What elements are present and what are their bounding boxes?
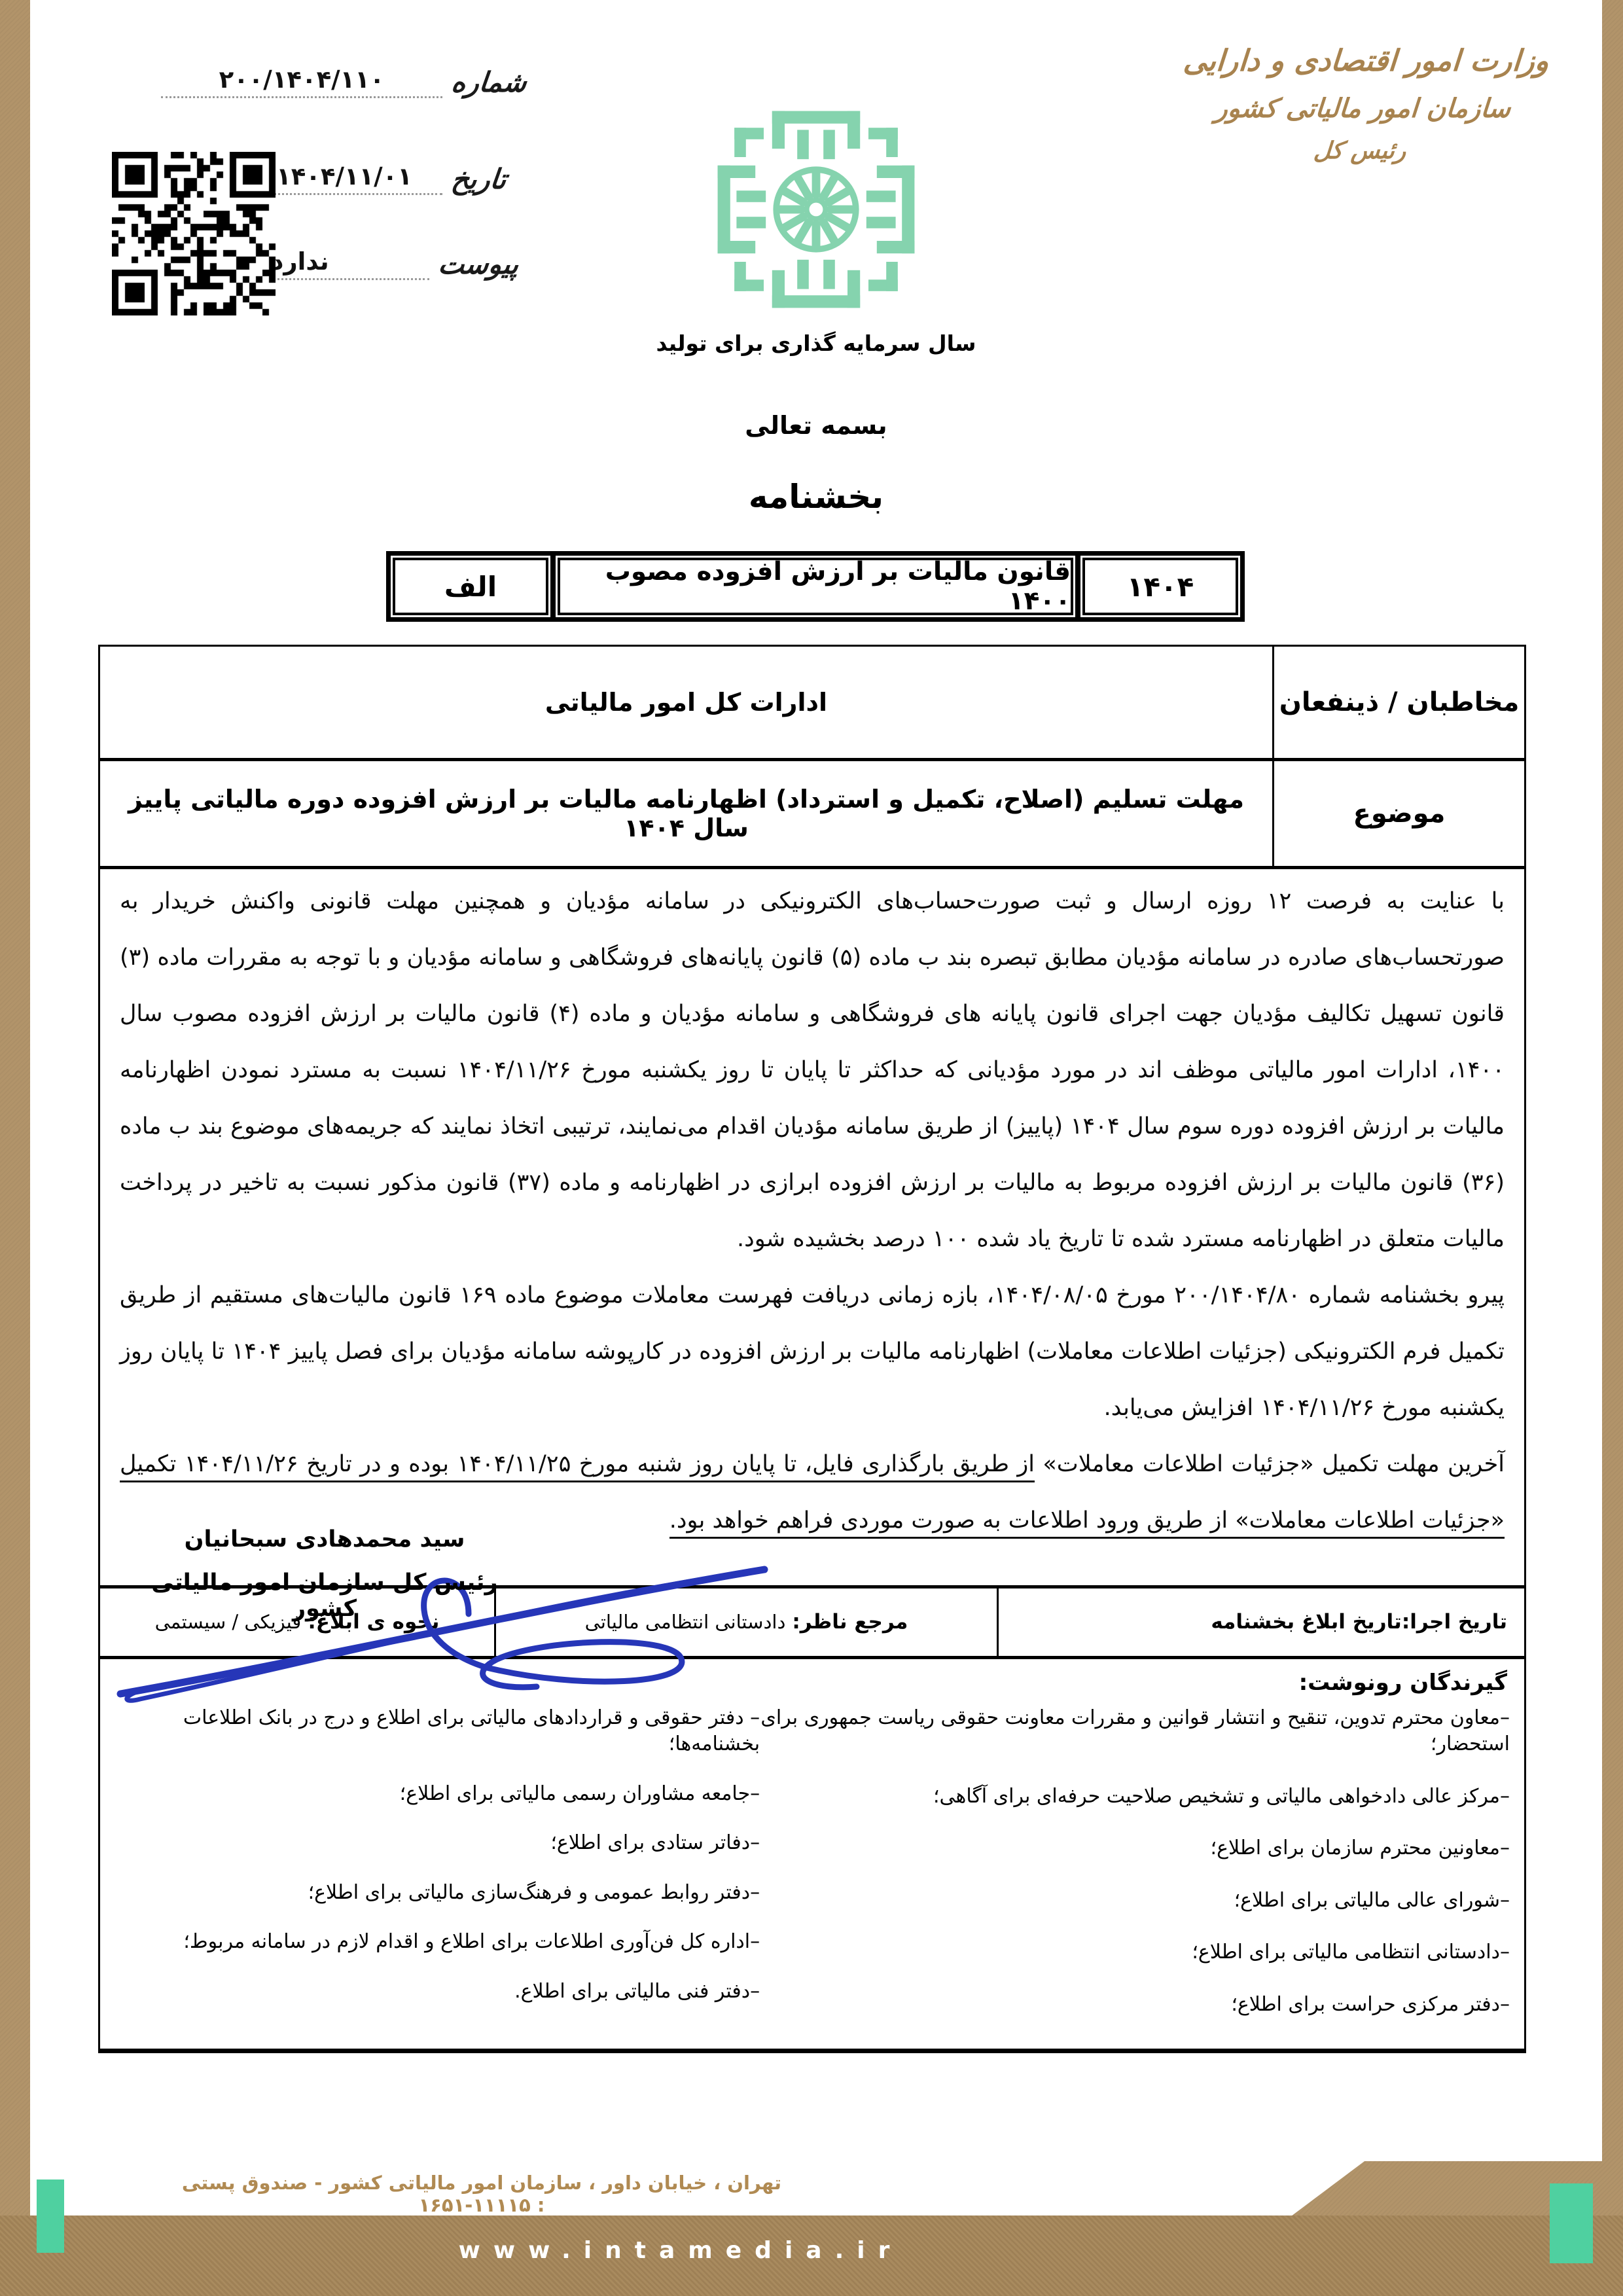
supervisor-label: مرجع ناظر: (792, 1610, 908, 1634)
attachment-label: پیوست (437, 248, 520, 280)
recipient-item: –دفتر روابط عمومی و فرهنگ‌سازی مالیاتی ب… (121, 1880, 760, 1907)
subject-row: مهلت تسلیم (اصلاح، تکمیل و استرداد) اظها… (100, 761, 1524, 870)
recipient-item: –معاون محترم تدوین، تنقیح و انتشار قوانی… (760, 1705, 1510, 1758)
recipient-item: –دفتر فنی مالیاتی برای اطلاع. (121, 1979, 760, 2005)
accent-square-left (37, 2179, 64, 2253)
recipients-right-column: –معاون محترم تدوین، تنقیح و انتشار قوانی… (760, 1705, 1510, 2044)
body-paragraph-3-normal: آخرین مهلت تکمیل «جزئیات اطلاعات معاملات… (1035, 1451, 1505, 1477)
body-paragraph-1: با عنایت به فرصت ۱۲ روزه ارسال و ثبت صور… (120, 873, 1505, 1267)
recipient-item: –دفتر مرکزی حراست برای اطلاع؛ (760, 1992, 1510, 2018)
document-page: ۲۰۰/۱۴۰۴/۱۱۰ شماره ۱۴۰۴/۱۱/۰۱ تاریخ ندار… (30, 0, 1602, 2220)
execution-date-cell: تاریخ اجرا:تاریخ ابلاغ بخشنامه (997, 1588, 1524, 1656)
recipient-item: –دفاتر ستادی برای اطلاع؛ (121, 1830, 760, 1857)
audience-label: مخاطبان / ذینفعان (1272, 647, 1524, 758)
audience-value: ادارات کل امور مالیاتی (100, 647, 1272, 758)
signer-title: رئیس کل سازمان امور مالیاتی کشور (148, 1570, 501, 1622)
recipient-item: –اداره کل فن‌آوری اطلاعات برای اطلاع و ا… (121, 1929, 760, 1956)
qr-code (112, 152, 276, 315)
recipient-item: –مرکز عالی دادخواهی مالیاتی و تشخیص صلاح… (760, 1784, 1510, 1810)
date-label: تاریخ (450, 163, 508, 195)
classification-category: الف (393, 558, 548, 615)
audience-row: ادارات کل امور مالیاتی مخاطبان / ذینفعان (100, 647, 1524, 761)
letterhead-calligraphy: وزارت امور اقتصادی و دارایی سازمان امور … (1156, 36, 1571, 171)
ref-date-row: ۱۴۰۴/۱۱/۰۱ تاریخ (246, 162, 507, 195)
body-paragraph-2: پیرو بخشنامه شماره ۲۰۰/۱۴۰۴/۸۰ مورخ ۱۴۰۴… (120, 1267, 1505, 1436)
recipient-item: –شورای عالی مالیاتی برای اطلاع؛ (760, 1888, 1510, 1914)
recipient-item: –جامعه مشاوران رسمی مالیاتی برای اطلاع؛ (121, 1781, 760, 1808)
ministry-name: وزارت امور اقتصادی و دارایی (1162, 36, 1571, 86)
ref-number-row: ۲۰۰/۱۴۰۴/۱۱۰ شماره (161, 65, 527, 98)
signature-block: سید محمدهادی سبحانیان رئیس کل سازمان امو… (148, 1526, 501, 1622)
director-general-title: رئیس کل (1156, 131, 1564, 171)
execution-date-text: تاریخ اجرا:تاریخ ابلاغ بخشنامه (1211, 1610, 1507, 1634)
document-date: ۱۴۰۴/۱۱/۰۱ (246, 162, 442, 195)
body-text-region: با عنایت به فرصت ۱۲ روزه ارسال و ثبت صور… (100, 869, 1524, 1585)
document-number: ۲۰۰/۱۴۰۴/۱۱۰ (161, 65, 442, 98)
main-table: ادارات کل امور مالیاتی مخاطبان / ذینفعان… (98, 645, 1526, 2053)
subject-value: مهلت تسلیم (اصلاح، تکمیل و استرداد) اظها… (100, 761, 1272, 867)
footer-website: www.intamedia.ir (419, 2237, 942, 2264)
signer-name: سید محمدهادی سبحانیان (148, 1526, 501, 1552)
classification-row: الف قانون مالیات بر ارزش افزوده مصوب ۱۴۰… (386, 551, 1245, 622)
recipients-left-column: – دفتر حقوقی و قراردادهای مالیاتی برای ا… (115, 1705, 760, 2044)
tax-organization-logo-icon (711, 105, 921, 314)
organization-name: سازمان امور مالیاتی کشور (1158, 86, 1567, 131)
subject-label: موضوع (1272, 761, 1524, 867)
accent-square-right (1550, 2183, 1593, 2263)
document-type-title: بخشنامه (30, 478, 1602, 516)
recipient-item: –دادستانی انتظامی مالیاتی برای اطلاع؛ (760, 1939, 1510, 1966)
basmala: بسمه تعالی (30, 411, 1602, 440)
year-slogan: سال سرمایه گذاری برای تولید (30, 331, 1602, 356)
recipient-item: –معاونین محترم سازمان برای اطلاع؛ (760, 1835, 1510, 1862)
copy-recipients-columns: – دفتر حقوقی و قراردادهای مالیاتی برای ا… (115, 1705, 1510, 2044)
classification-year: ۱۴۰۴ (1082, 558, 1238, 615)
classification-law: قانون مالیات بر ارزش افزوده مصوب ۱۴۰۰ (558, 558, 1073, 615)
footer-address: تهران ، خیابان داور ، سازمان امور مالیات… (177, 2172, 786, 2216)
number-label: شماره (450, 66, 528, 98)
